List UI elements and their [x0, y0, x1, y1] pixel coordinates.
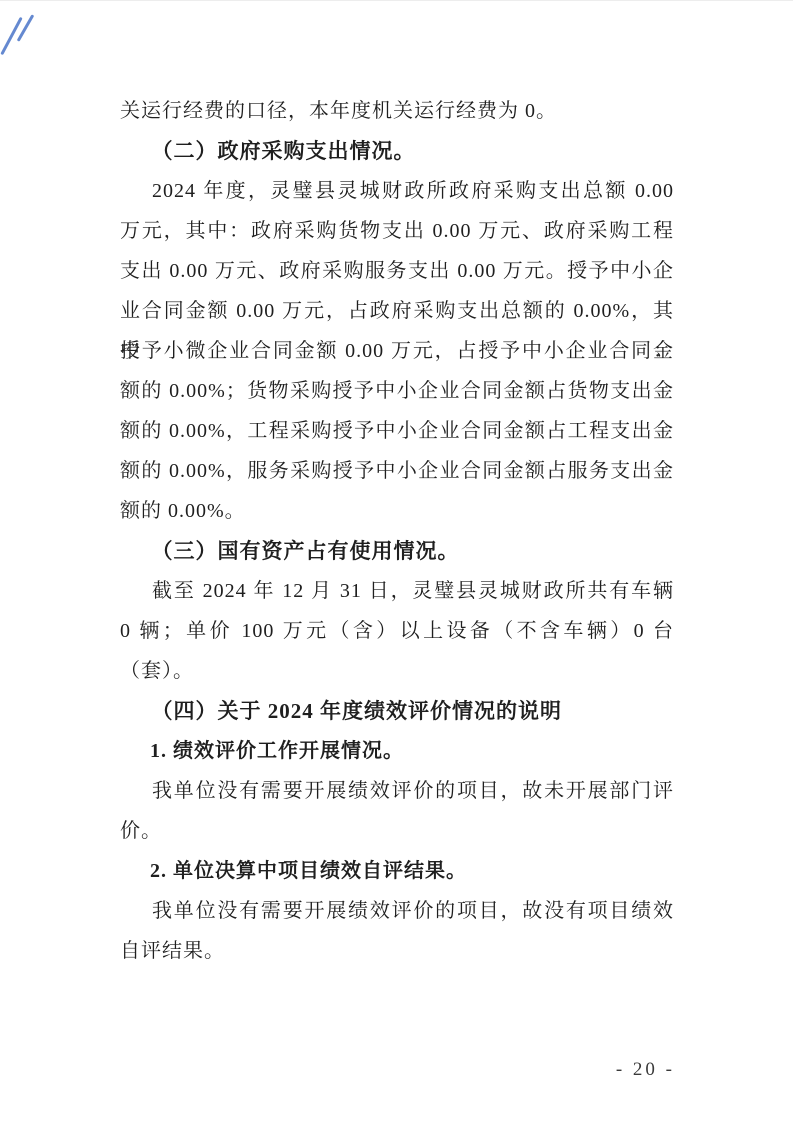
- section-heading: （二）政府采购支出情况。: [120, 131, 674, 171]
- numbered-subheading: 2. 单位决算中项目绩效自评结果。: [120, 851, 674, 891]
- text-line: 我单位没有需要开展绩效评价的项目，故未开展部门评: [120, 771, 674, 811]
- text-line: 2024 年度，灵璧县灵城财政所政府采购支出总额 0.00: [120, 171, 674, 211]
- text-line: （套）。: [120, 651, 674, 691]
- text-line: 额的 0.00%，工程采购授予中小企业合同金额占工程支出金: [120, 411, 674, 451]
- text-line: 我单位没有需要开展绩效评价的项目，故没有项目绩效: [120, 891, 674, 931]
- text-line: 支出 0.00 万元、政府采购服务支出 0.00 万元。授予中小企: [120, 251, 674, 291]
- text-line: 0 辆；单价 100 万元（含）以上设备（不含车辆）0 台: [120, 611, 674, 651]
- text-line: 价。: [120, 811, 674, 851]
- text-line: 万元，其中：政府采购货物支出 0.00 万元、政府采购工程: [120, 211, 674, 251]
- text-line: 截至 2024 年 12 月 31 日，灵璧县灵城财政所共有车辆: [120, 571, 674, 611]
- page-number: - 20 -: [616, 1057, 675, 1083]
- text-line: 业合同金额 0.00 万元，占政府采购支出总额的 0.00%，其中：: [120, 291, 674, 331]
- section-heading: （四）关于 2024 年度绩效评价情况的说明: [120, 691, 674, 731]
- text-line: 关运行经费的口径，本年度机关运行经费为 0。: [120, 91, 674, 131]
- text-line: 额的 0.00%。: [120, 491, 674, 531]
- text-line: 授予小微企业合同金额 0.00 万元，占授予中小企业合同金: [120, 331, 674, 371]
- document-body: 关运行经费的口径，本年度机关运行经费为 0。（二）政府采购支出情况。2024 年…: [120, 91, 674, 971]
- text-line: 额的 0.00%；货物采购授予中小企业合同金额占货物支出金: [120, 371, 674, 411]
- document-page: 关运行经费的口径，本年度机关运行经费为 0。（二）政府采购支出情况。2024 年…: [0, 0, 793, 1122]
- section-heading: （三）国有资产占有使用情况。: [120, 531, 674, 571]
- numbered-subheading: 1. 绩效评价工作开展情况。: [120, 731, 674, 771]
- text-line: 额的 0.00%，服务采购授予中小企业合同金额占服务支出金: [120, 451, 674, 491]
- text-line: 自评结果。: [120, 931, 674, 971]
